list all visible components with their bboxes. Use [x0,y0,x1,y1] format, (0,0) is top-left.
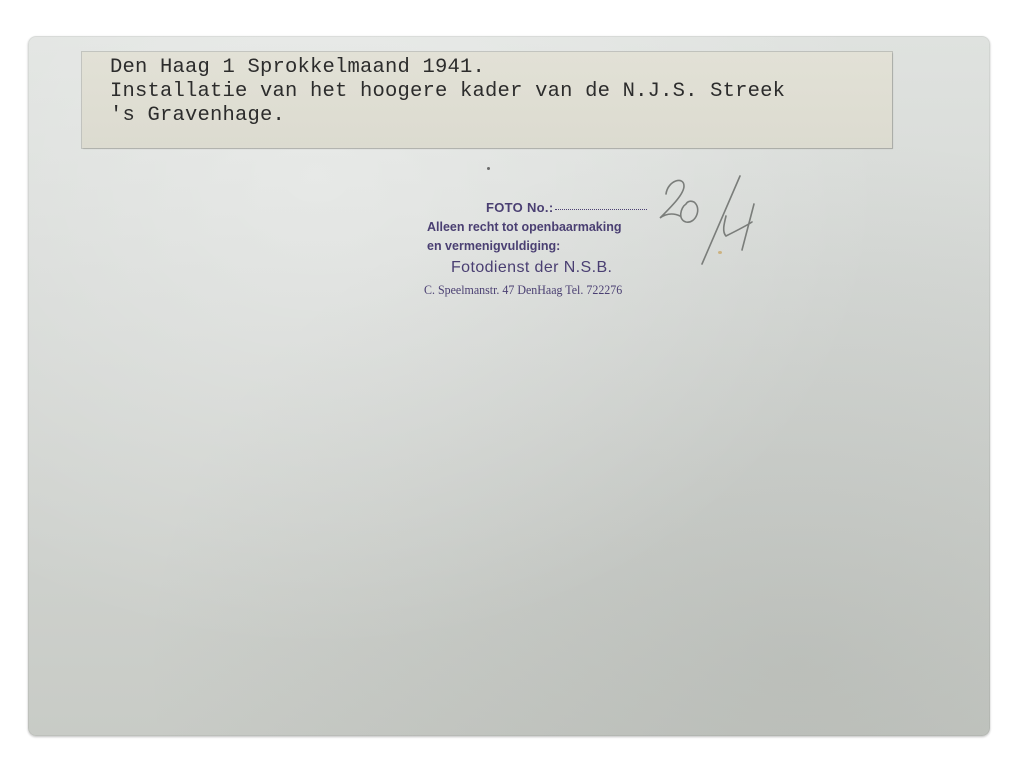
handwritten-photo-number [642,172,762,272]
foto-number-label: FOTO No.: [486,200,553,215]
paper-stain [718,251,722,254]
typed-caption-label: Den Haag 1 Sprokkelmaand 1941. Installat… [82,52,892,148]
caption-line-event: Installatie van het hoogere kader van de… [110,80,892,104]
rights-line-2: en vermenigvuldiging: [427,239,560,253]
paper-speck [487,167,490,170]
caption-line-date: Den Haag 1 Sprokkelmaand 1941. [110,56,892,80]
foto-number-row: FOTO No.: [486,200,647,215]
service-name: Fotodienst der N.S.B. [451,259,612,277]
photo-card-back: Den Haag 1 Sprokkelmaand 1941. Installat… [28,36,990,736]
foto-number-dotted-line [555,209,647,210]
caption-line-place: 's Gravenhage. [110,104,892,128]
rights-line-1: Alleen recht tot openbaarmaking [427,220,621,234]
service-address: C. Speelmanstr. 47 DenHaag Tel. 722276 [424,282,622,298]
